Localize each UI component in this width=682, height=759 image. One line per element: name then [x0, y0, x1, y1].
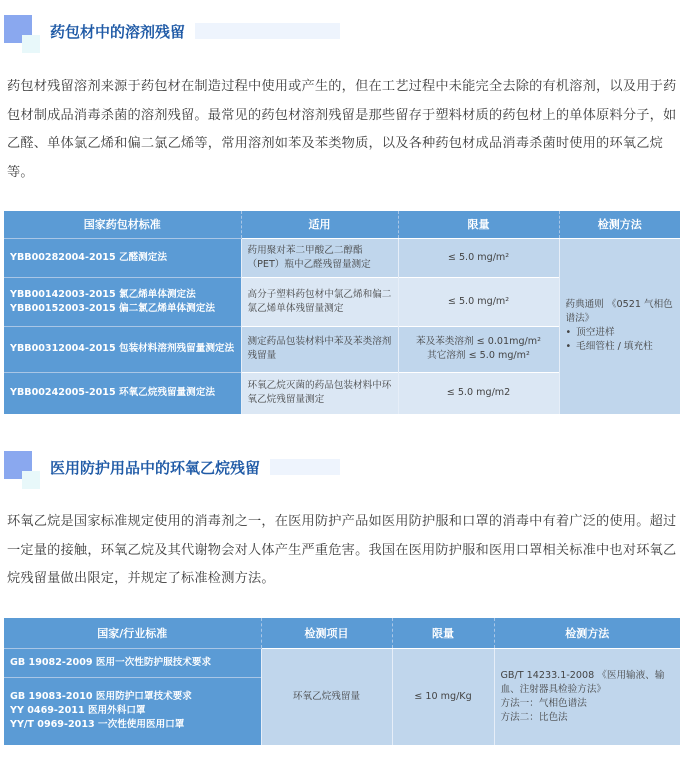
method-line: GB/T 14233.1-2008 《医用输液、输血、注射器具检验方法》	[501, 669, 675, 697]
limit-cell: ≤ 10 mg/Kg	[392, 648, 494, 745]
standard-cell: GB 19083-2010 医用防护口罩技术要求 YY 0469-2011 医用…	[4, 677, 261, 745]
standard-line: YBB00152003-2015 偏二氯乙烯单体测定法	[10, 302, 235, 316]
scope-cell: 环氧乙烷灭菌的药品包装材料中环氧乙烷残留量测定	[241, 372, 398, 414]
standard-cell: YBB00142003-2015 氯乙烯单体测定法 YBB00152003-20…	[4, 277, 241, 326]
method-item: 毛细管柱 / 填充柱	[566, 340, 675, 354]
column-header-method: 检测方法	[559, 211, 680, 238]
standard-line: YY 0469-2011 医用外科口罩	[10, 704, 255, 718]
section-heading-eo-residue: 医用防护用品中的环氧乙烷残留	[0, 451, 682, 501]
heading-decor-square-icon	[22, 35, 40, 53]
limit-cell: ≤ 5.0 mg/m²	[398, 277, 559, 326]
item-cell: 环氧乙烷残留量	[261, 648, 392, 745]
standard-cell: YBB00282004-2015 乙醛测定法	[4, 238, 241, 277]
table-row: GB 19082-2009 医用一次性防护服技术要求 环氧乙烷残留量 ≤ 10 …	[4, 648, 680, 677]
protective-standards-table: 国家/行业标准 检测项目 限量 检测方法 GB 19082-2009 医用一次性…	[4, 618, 680, 745]
heading-decor-bar	[195, 23, 340, 39]
limit-cell: ≤ 5.0 mg/m2	[398, 372, 559, 414]
limit-cell: 苯及苯类溶剂 ≤ 0.01mg/m² 其它溶剂 ≤ 5.0 mg/m²	[398, 326, 559, 372]
method-line: 方法二：比色法	[501, 711, 675, 725]
column-header-method: 检测方法	[494, 618, 680, 648]
standard-cell: GB 19082-2009 医用一次性防护服技术要求	[4, 648, 261, 677]
method-cell: 药典通则 《0521 气相色谱法》 顶空进样 毛细管柱 / 填充柱	[559, 238, 680, 414]
method-intro: 药典通则 《0521 气相色谱法》	[566, 298, 675, 326]
packaging-standards-table: 国家药包材标准 适用 限量 检测方法 YBB00282004-2015 乙醛测定…	[4, 211, 680, 414]
limit-line: 苯及苯类溶剂 ≤ 0.01mg/m²	[405, 335, 553, 349]
limit-line: 其它溶剂 ≤ 5.0 mg/m²	[405, 349, 553, 363]
limit-cell: ≤ 5.0 mg/m²	[398, 238, 559, 277]
scope-cell: 药用聚对苯二甲酸乙二醇酯（PET）瓶中乙醛残留量测定	[241, 238, 398, 277]
column-header-item: 检测项目	[261, 618, 392, 648]
heading-decor-bar	[270, 459, 340, 475]
method-line: 方法一：气相色谱法	[501, 697, 675, 711]
standard-cell: YBB00242005-2015 环氧乙烷残留量测定法	[4, 372, 241, 414]
section-heading-solvent-residue: 药包材中的溶剂残留	[0, 15, 682, 65]
scope-cell: 高分子塑料药包材中氯乙烯和偏二氯乙烯单体残留量测定	[241, 277, 398, 326]
method-cell: GB/T 14233.1-2008 《医用输液、输血、注射器具检验方法》 方法一…	[494, 648, 680, 745]
column-header-limit: 限量	[398, 211, 559, 238]
section-title: 医用防护用品中的环氧乙烷残留	[50, 457, 260, 478]
heading-decor-square-icon	[22, 471, 40, 489]
section-paragraph: 药包材残留溶剂来源于药包材在制造过程中使用或产生的，但在工艺过程中未能完全去除的…	[7, 73, 679, 187]
column-header-standard: 国家药包材标准	[4, 211, 241, 238]
column-header-standard: 国家/行业标准	[4, 618, 261, 648]
method-item: 顶空进样	[566, 326, 675, 340]
section-title: 药包材中的溶剂残留	[50, 21, 185, 42]
standard-line: YBB00142003-2015 氯乙烯单体测定法	[10, 288, 235, 302]
standard-line: YY/T 0969-2013 一次性使用医用口罩	[10, 718, 255, 732]
standard-cell: YBB00312004-2015 包装材料溶剂残留量测定法	[4, 326, 241, 372]
section-paragraph: 环氧乙烷是国家标准规定使用的消毒剂之一，在医用防护产品如医用防护服和口罩的消毒中…	[7, 508, 679, 594]
scope-cell: 测定药品包装材料中苯及苯类溶剂残留量	[241, 326, 398, 372]
column-header-scope: 适用	[241, 211, 398, 238]
column-header-limit: 限量	[392, 618, 494, 648]
standard-line: GB 19083-2010 医用防护口罩技术要求	[10, 690, 255, 704]
table-row: YBB00282004-2015 乙醛测定法 药用聚对苯二甲酸乙二醇酯（PET）…	[4, 238, 680, 277]
